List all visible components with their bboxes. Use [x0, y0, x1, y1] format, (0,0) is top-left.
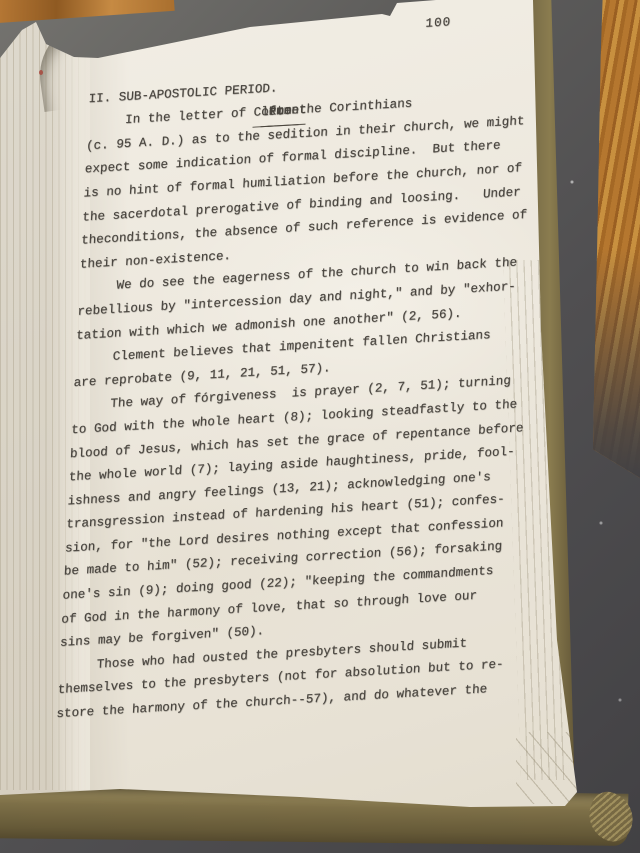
wood-table-top-strip — [0, 0, 175, 23]
wood-table-right — [592, 0, 640, 478]
photo-of-typewritten-page: 100 II. SUB-APOSTOLIC PERIOD. In the let… — [0, 0, 640, 853]
typewritten-text: 100 II. SUB-APOSTOLIC PERIOD. In the let… — [56, 4, 570, 726]
red-mark — [39, 70, 43, 75]
page-corner-sheet-edges — [516, 732, 586, 804]
wood-shadow-fade — [592, 0, 640, 478]
typed-lines-container: II. SUB-APOSTOLIC PERIOD. In the letter … — [56, 60, 567, 727]
